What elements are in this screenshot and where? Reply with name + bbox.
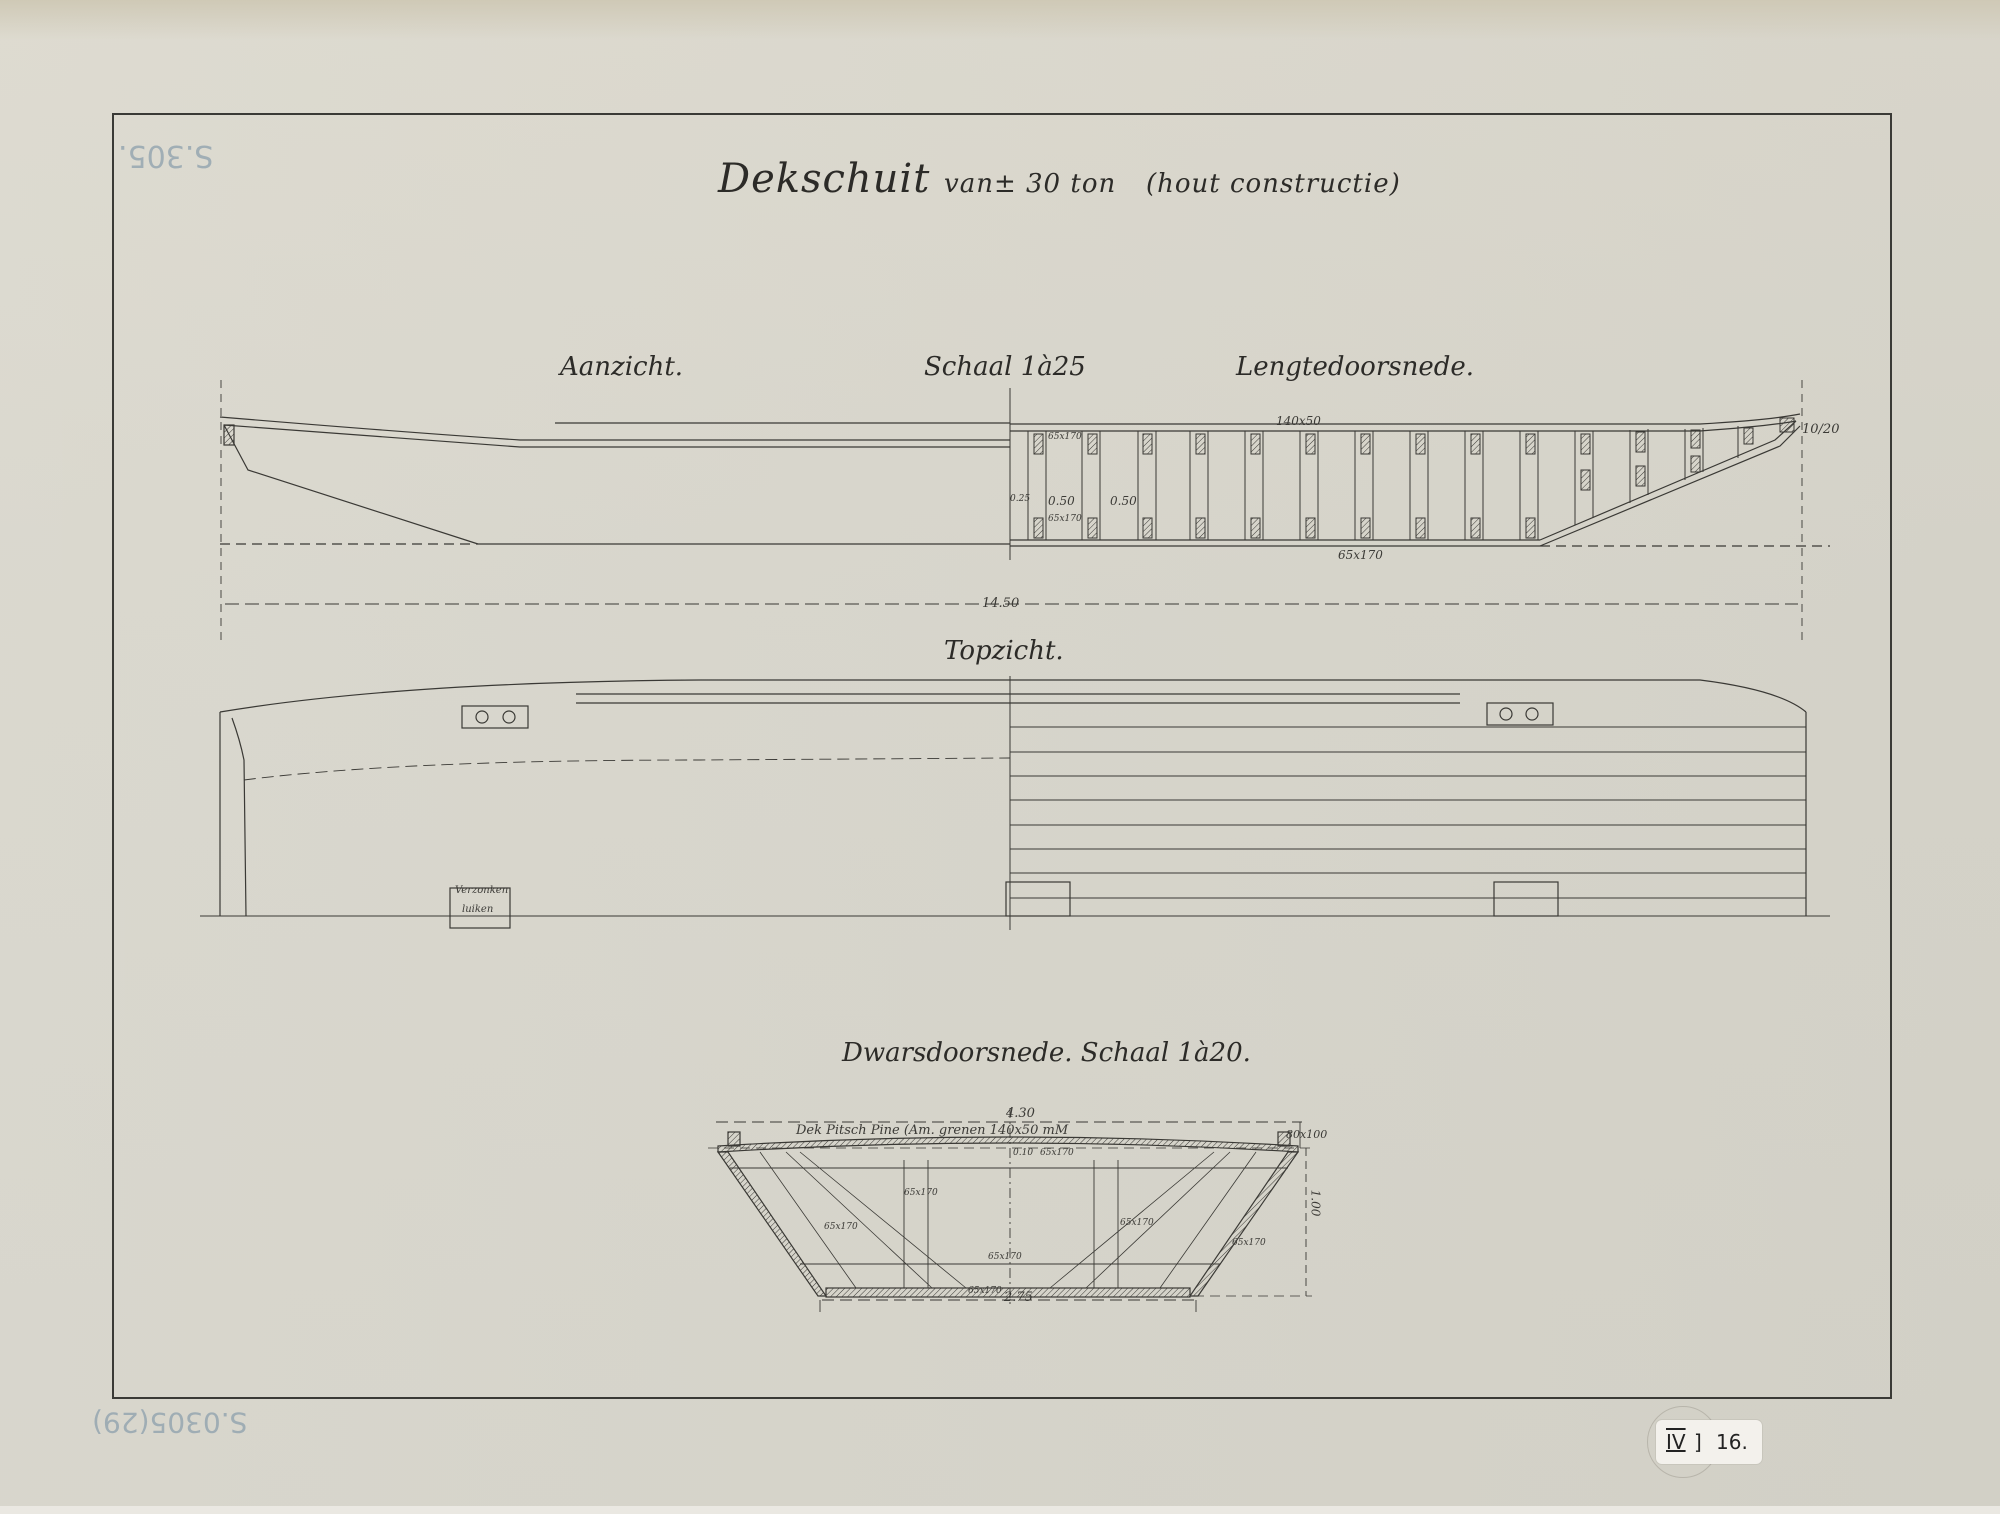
top-view — [200, 676, 1830, 930]
ship-drawings — [0, 0, 2000, 1514]
side-view — [220, 380, 1830, 640]
cross-section — [708, 1108, 1314, 1312]
